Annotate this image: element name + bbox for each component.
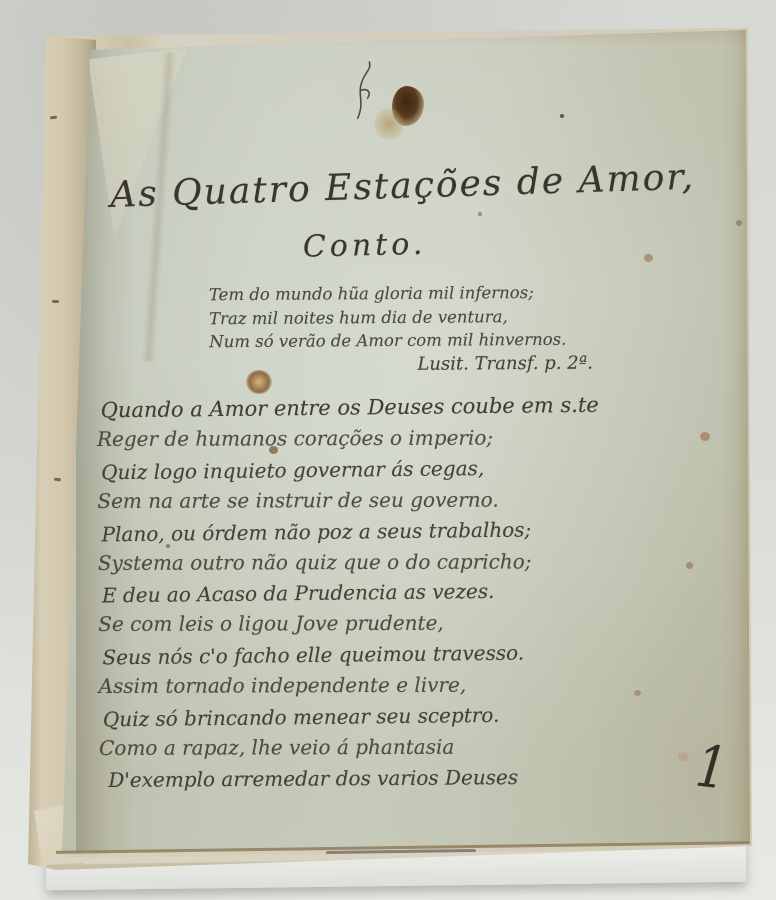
poem-line: Como a rapaz, lhe veio á phantasia: [99, 731, 719, 764]
manuscript-page: As Quatro Estações de Amor, Conto. Tem d…: [26, 26, 752, 872]
poem-line: Seus nós c'o facho elle queimou travesso…: [102, 636, 722, 674]
poem-line: Reger de humanos corações o imperio;: [97, 422, 717, 455]
poem-body: Quando a Amor entre os Deuses coube em s…: [98, 390, 721, 796]
poem-line: Quiz logo inquieto governar ás cegas,: [101, 450, 721, 488]
poem-line: Assim tornado independente e livre,: [99, 669, 719, 702]
manuscript-subtitle: Conto.: [84, 221, 645, 270]
spine-stitch: [54, 478, 61, 482]
poem-line: Quiz só brincando menear seu sceptro.: [103, 697, 723, 735]
poem-line: D'exemplo arremedar dos varios Deuses: [108, 761, 728, 796]
page-number: 1: [692, 733, 730, 803]
photo-backdrop: As Quatro Estações de Amor, Conto. Tem d…: [0, 0, 776, 900]
ink-flourish: [351, 60, 377, 122]
poem-line: Sem na arte se instruir de seu governo.: [97, 484, 717, 517]
page-content: As Quatro Estações de Amor, Conto. Tem d…: [23, 23, 755, 874]
epigraph-line: Num só verão de Amor com mil hinvernos.: [209, 328, 566, 354]
poem-line: Se com leis o ligou Jove prudente,: [98, 607, 718, 640]
poem-line: Plano, ou órdem não poz a seus trabalhos…: [101, 512, 721, 550]
epigraph: Tem do mundo hũa gloria mil infernos; Tr…: [209, 281, 567, 354]
manuscript-booklet: As Quatro Estações de Amor, Conto. Tem d…: [26, 26, 752, 872]
spine-stitch: [50, 116, 57, 120]
spine-stitch: [52, 300, 59, 303]
epigraph-line: Tem do mundo hũa gloria mil infernos;: [209, 281, 566, 307]
poem-line: Quando a Amor entre os Deuses coube em s…: [101, 388, 721, 426]
manuscript-title: As Quatro Estações de Amor,: [110, 157, 683, 216]
poem-line: E deu ao Acaso da Prudencia as vezes.: [102, 574, 722, 612]
epigraph-attribution: Lusit. Transf. p. 2ª.: [417, 353, 593, 375]
epigraph-line: Traz mil noites hum dia de ventura,: [209, 304, 566, 330]
